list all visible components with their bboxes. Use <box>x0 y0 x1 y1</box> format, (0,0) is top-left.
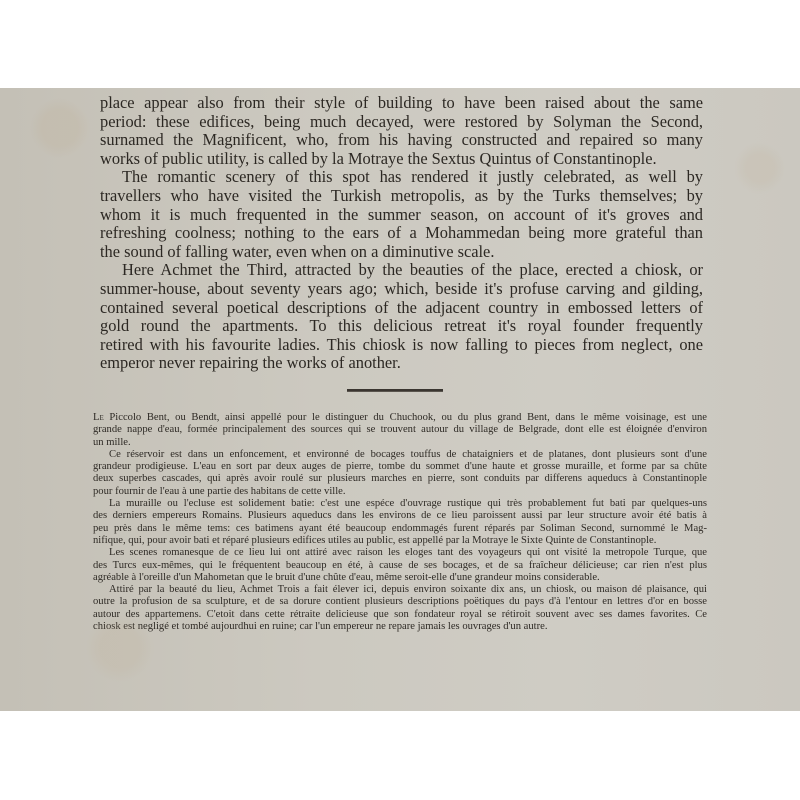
text-line: La muraille ou l'ecluse est solidement b… <box>93 498 707 510</box>
scanned-page: place appear also from their style of bu… <box>0 88 800 711</box>
text-line: des derniers empereurs Romains. Plusieur… <box>93 510 707 522</box>
text-line: des Turcs eux-mêmes, qui le fréquentent … <box>93 560 707 572</box>
french-translation-text: Le Piccolo Bent, ou Bendt, ainsi appellé… <box>93 412 707 633</box>
text-line: grandeur prodigieuse. L'eau en sort par … <box>93 461 707 473</box>
text-line: deux superbes cascades, qui après avoir … <box>93 473 707 485</box>
text-line: Here Achmet the Third, attracted by the … <box>100 261 703 280</box>
text-line: The romantic scenery of this spot has re… <box>100 168 703 187</box>
text-line: un mille. <box>93 437 707 449</box>
text-line: contained several poetical descriptions … <box>100 299 703 318</box>
text-line: agréable à l'oreille d'un Mahometan que … <box>93 572 707 584</box>
text-line: Le Piccolo Bent, ou Bendt, ainsi appellé… <box>93 412 707 424</box>
note-paragraph-4: Les scenes romanesque de ce lieu lui ont… <box>93 547 707 584</box>
note-paragraph-1: Le Piccolo Bent, ou Bendt, ainsi appellé… <box>93 412 707 449</box>
text-line: retired with his favourite ladies. This … <box>100 336 703 355</box>
text-line: summer-house, about seventy years ago; w… <box>100 280 703 299</box>
text-line: Ce réservoir est dans un enfoncement, et… <box>93 449 707 461</box>
text-line: Les scenes romanesque de ce lieu lui ont… <box>93 547 707 559</box>
text-line: pour fournir de l'eau à une partie des h… <box>93 486 707 498</box>
note-paragraph-5: Attiré par la beauté du lieu, Achmet Tro… <box>93 584 707 633</box>
text-line: period: these edifices, being much decay… <box>100 113 703 132</box>
text-line: place appear also from their style of bu… <box>100 94 703 113</box>
text-fragment: Piccolo Bent, ou Bendt, ainsi appellé po… <box>104 412 707 423</box>
text-line: refreshing coolness; nothing to the ears… <box>100 224 703 243</box>
text-line: chiosk est negligé et tombé aujourdhui e… <box>93 621 707 633</box>
text-line: whom it is much frequented in the summer… <box>100 206 703 225</box>
note-paragraph-2: Ce réservoir est dans un enfoncement, et… <box>93 449 707 498</box>
opening-smallcaps: Le <box>93 412 104 423</box>
paragraph-2: The romantic scenery of this spot has re… <box>100 168 703 261</box>
text-line: autour des appartemens. C'etoit dans cet… <box>93 609 707 621</box>
text-line: travellers who have visited the Turkish … <box>100 187 703 206</box>
english-body-text: place appear also from their style of bu… <box>100 94 703 373</box>
note-paragraph-3: La muraille ou l'ecluse est solidement b… <box>93 498 707 547</box>
section-divider-rule <box>347 389 443 392</box>
text-line: Attiré par la beauté du lieu, Achmet Tro… <box>93 584 707 596</box>
paragraph-1: place appear also from their style of bu… <box>100 94 703 168</box>
text-line: peu près dans le même tems: ces batimens… <box>93 523 707 535</box>
text-line: emperor never repairing the works of ano… <box>100 354 703 373</box>
paragraph-3: Here Achmet the Third, attracted by the … <box>100 261 703 373</box>
text-line: outre la profusion de sa sculpture, et d… <box>93 596 707 608</box>
text-line: the sound of falling water, even when on… <box>100 243 703 262</box>
text-line: nifique, qui, pour avoir bati et réparé … <box>93 535 707 547</box>
text-line: grande nappe d'eau, formée principalemen… <box>93 424 707 436</box>
text-line: surnamed the Magnificent, who, from his … <box>100 131 703 150</box>
text-line: works of public utility, is called by la… <box>100 150 703 169</box>
text-line: gold round the apartments. To this delic… <box>100 317 703 336</box>
